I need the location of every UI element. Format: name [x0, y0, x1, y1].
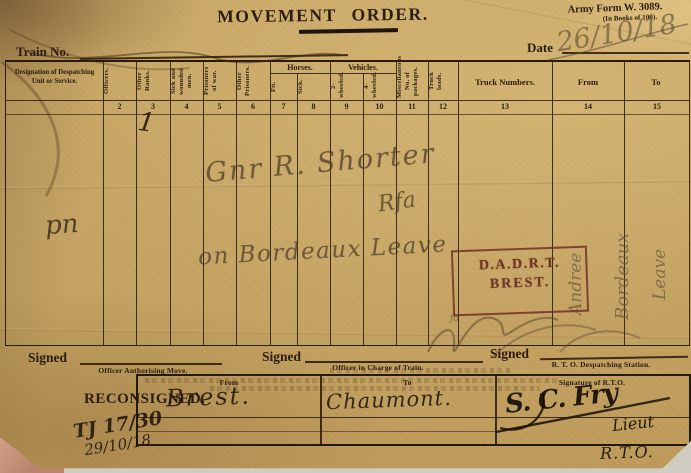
horses-sick-header: Sick. [297, 75, 330, 98]
column-number: 9 [336, 102, 358, 111]
other-ranks-header: Other Ranks. [136, 64, 170, 98]
column-number: 4 [176, 102, 198, 111]
column-number: 13 [494, 102, 516, 111]
officers-header: Officers. [103, 64, 136, 98]
column-number: 11 [401, 102, 423, 111]
truck-numbers-header: Truck Numbers. [458, 77, 552, 87]
column-rule [236, 62, 237, 345]
form-title: MOVEMENT ORDER. [197, 3, 449, 27]
misc-packages-header: Miscellaneous No. of packages. [396, 64, 428, 98]
column-number: 2 [109, 102, 131, 111]
designation-header: Designation of Despatching Unit or Servi… [8, 69, 101, 87]
to-column-vertical-handwriting-2: Leave [650, 85, 672, 300]
scanned-movement-order: MOVEMENT ORDER. Army Form W. 3089. (In B… [0, 0, 691, 473]
column-rule [330, 62, 331, 345]
vehicles-4wheel-header: 4-wheeled. [363, 75, 396, 98]
vehicles-2wheel-header: 2-wheeled. [330, 75, 363, 98]
column-number: 6 [242, 102, 264, 111]
margin-scribble: pn [44, 209, 79, 241]
train-no-label: Train No. [16, 44, 69, 60]
signed-label-middle: Signed [262, 349, 301, 365]
column-rule [170, 62, 171, 345]
reconsigned-row-rule [138, 417, 689, 418]
column-number: 10 [369, 102, 391, 111]
signed-line-left [80, 363, 222, 365]
horses-group-rule [270, 73, 330, 74]
other-prisoners-header: Other Prisoners. [236, 64, 270, 98]
reconsigned-to-header: To [320, 378, 495, 387]
form-paper: MOVEMENT ORDER. Army Form W. 3089. (In B… [0, 0, 691, 473]
column-rule [203, 62, 204, 345]
vehicles-group-header: Vehicles. [330, 63, 396, 72]
column-rule [689, 62, 690, 345]
column-rule [136, 62, 137, 345]
signed-label-right: Signed [490, 346, 529, 362]
rto-note-handwriting: R.T.O. [600, 442, 654, 463]
horses-fit-header: Fit. [270, 75, 297, 98]
reconsigned-row-rule [138, 431, 495, 432]
column-rule [103, 62, 104, 345]
sick-wounded-header: Sick and wounded men. [170, 64, 203, 98]
title-underline [299, 28, 398, 33]
to-column-vertical-handwriting-1: Bordeaux [612, 70, 634, 320]
signed-caption-right: R. T. O. Despatching Station. [541, 360, 661, 369]
date-label: Date [527, 40, 553, 56]
stamp-line-1: D.A.D.R.T. [453, 255, 585, 276]
bleed-through-text [330, 368, 510, 373]
column-rule [270, 62, 271, 345]
train-no-line [80, 54, 348, 59]
truck-loads-header: Truck loads. [428, 64, 458, 98]
prisoners-of-war-header: Prisoners of war. [203, 64, 236, 98]
column-number: 8 [303, 102, 325, 111]
stamp-line-2: BREST. [454, 274, 586, 295]
horses-group-header: Horses. [270, 63, 330, 72]
column-number: 5 [209, 102, 231, 111]
reconsigned-to-value: Chaumont. [326, 386, 453, 414]
reconsigned-from-value: Brest. [166, 382, 252, 413]
dadrt-brest-stamp: D.A.D.R.T. BREST. [451, 246, 589, 317]
signed-label-left: Signed [28, 350, 67, 366]
column-number: 7 [273, 102, 295, 111]
column-number: 12 [432, 102, 454, 111]
column-rule [428, 62, 429, 345]
unit-handwriting: Rfa [376, 187, 417, 217]
